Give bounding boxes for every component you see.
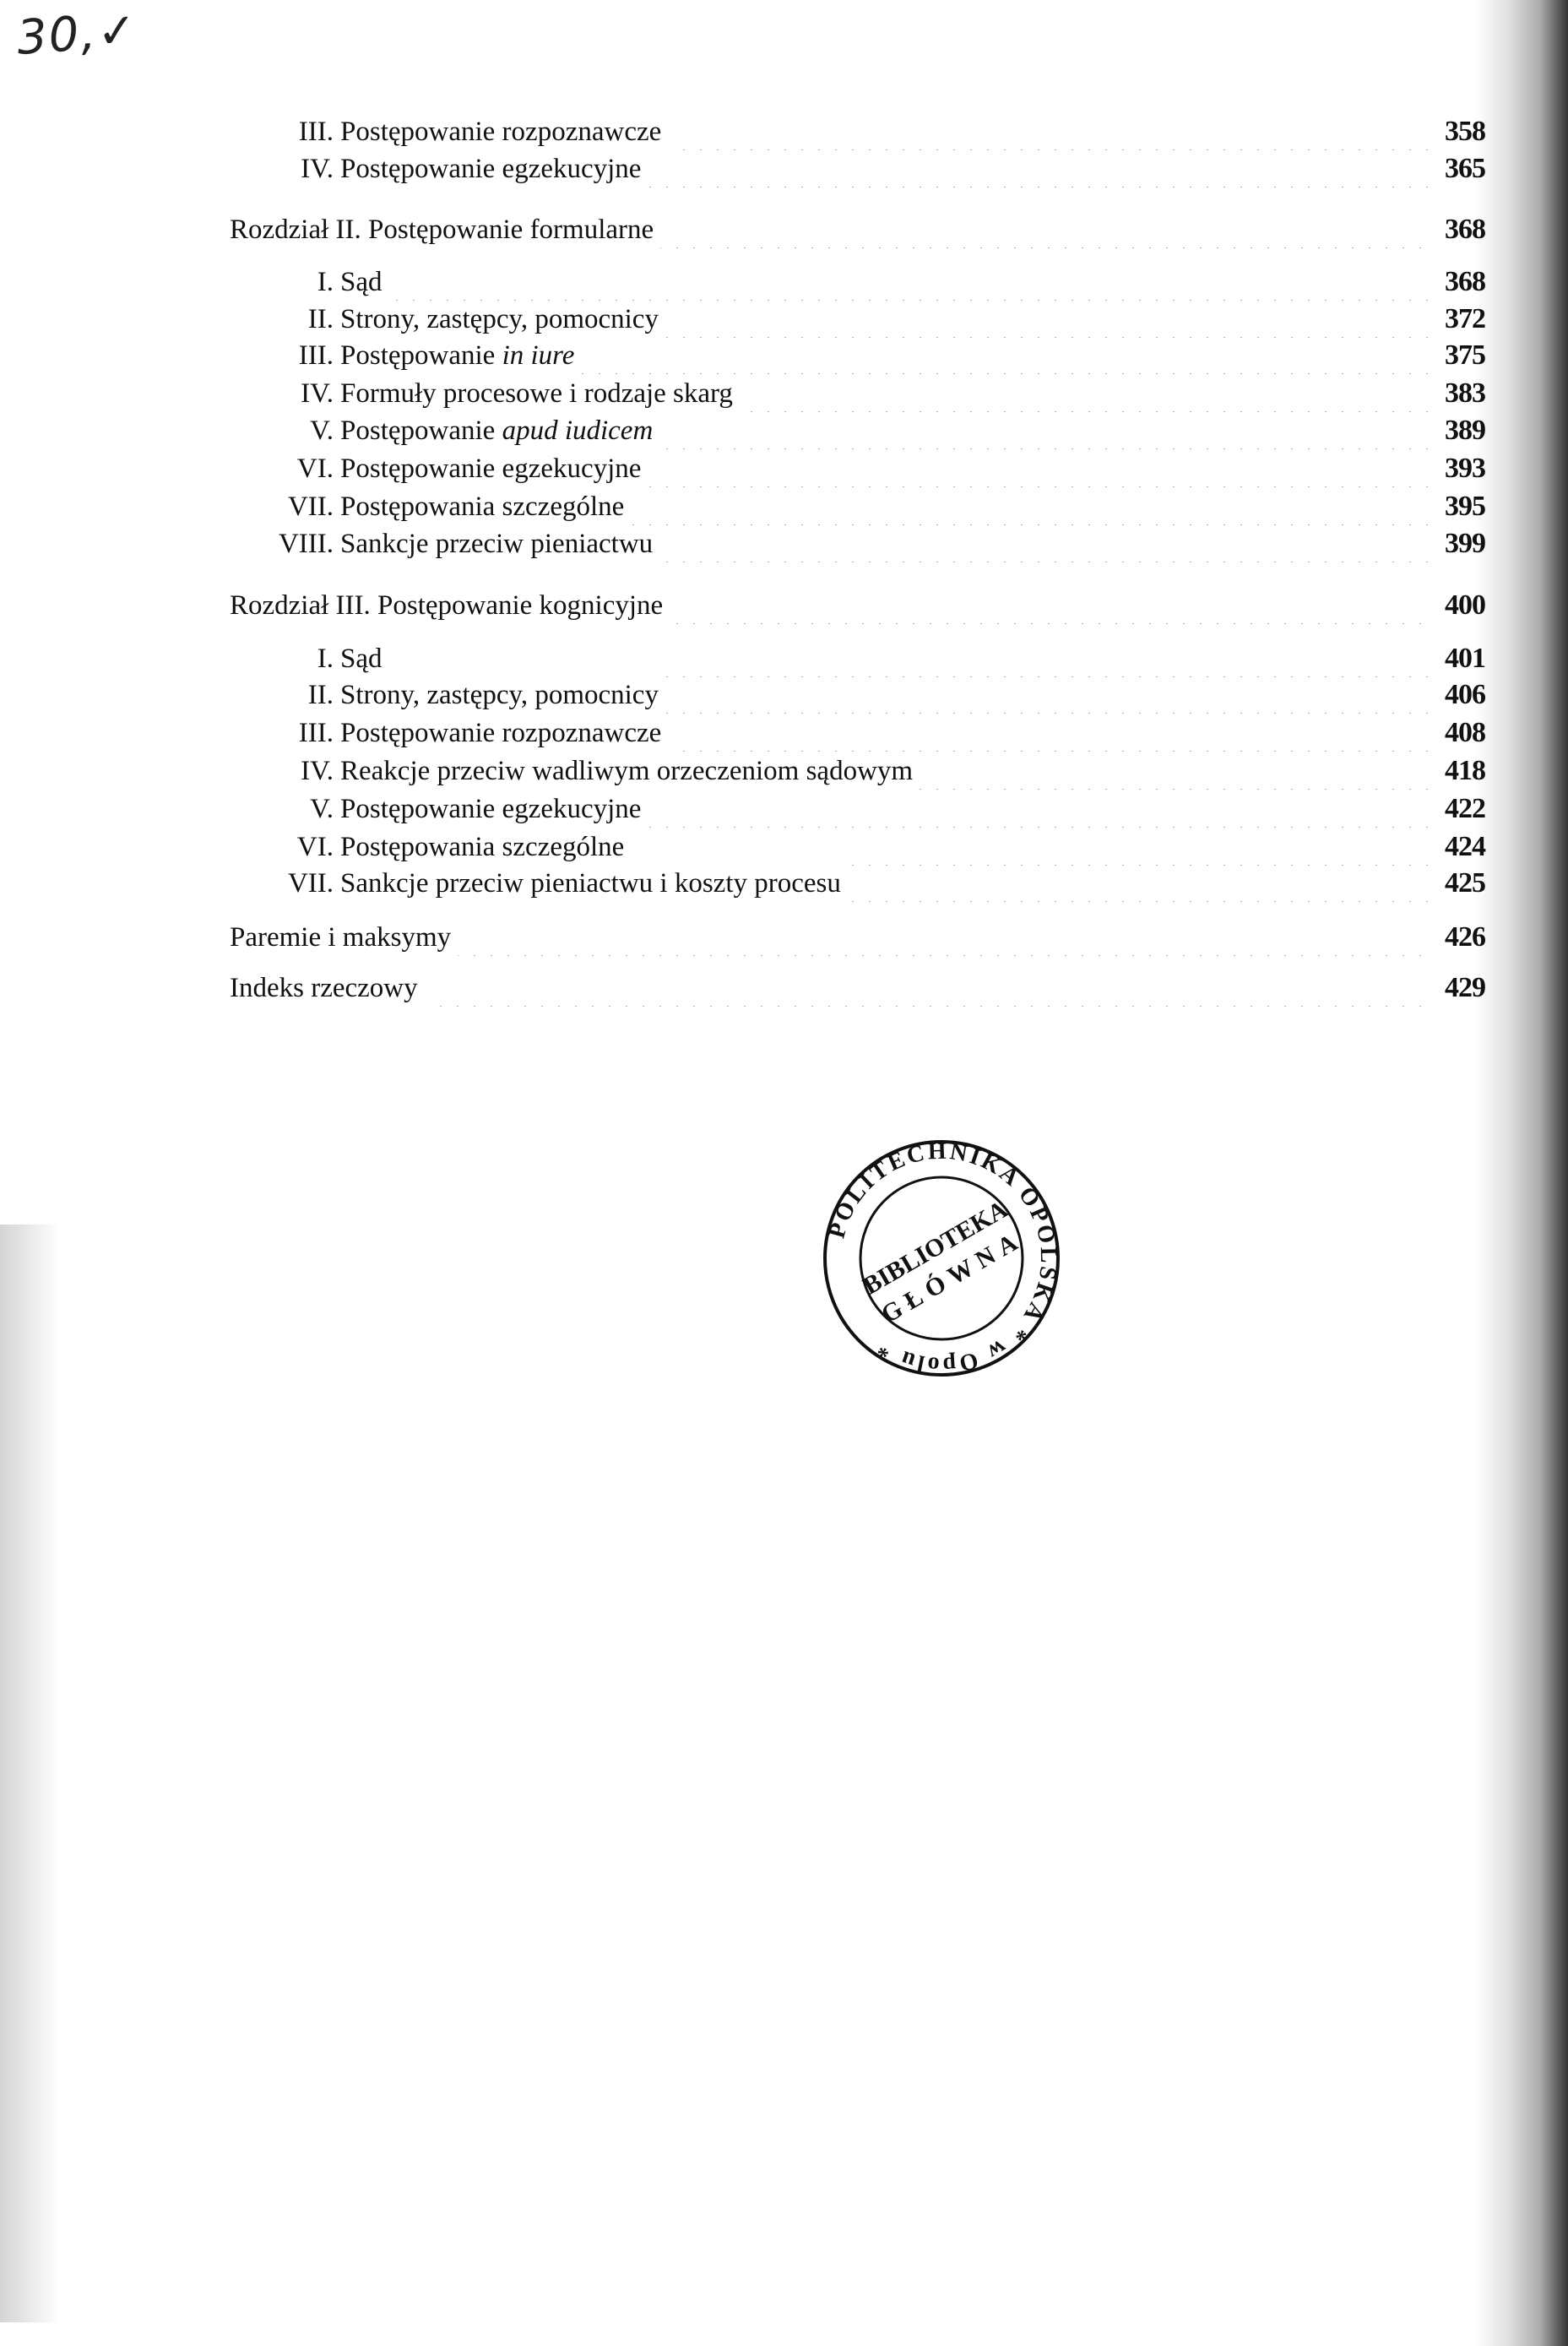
section-numeral: I.: [232, 263, 334, 301]
section-numeral: VII.: [232, 488, 334, 525]
entry-title: Strony, zastępcy, pomocnicy: [340, 676, 665, 714]
section-numeral: V.: [232, 412, 334, 449]
entry-title-text: Rozdział II. Postępowanie formularne: [230, 215, 654, 245]
entry-title-text: Sankcje przeciw pieniactwu i koszty proc…: [340, 868, 841, 899]
section-numeral: III.: [232, 714, 334, 752]
page-number: 368: [1433, 211, 1485, 248]
section-numeral: II.: [232, 676, 334, 714]
entry-title: Postępowanie rozpoznawcze: [340, 113, 668, 150]
section-numeral: IV.: [232, 375, 334, 412]
page-number: 426: [1433, 919, 1485, 956]
page-number: 399: [1433, 525, 1485, 562]
entry-title-text: Postępowania szczególne: [340, 491, 624, 522]
page-number: 418: [1433, 752, 1485, 790]
entry-title-text: Paremie i maksymy: [230, 922, 451, 953]
section-numeral: V.: [232, 790, 334, 828]
section-numeral: III.: [232, 337, 334, 374]
entry-title-text: Postępowanie egzekucyjne: [340, 154, 641, 184]
entry-title: Paremie i maksymy: [230, 919, 458, 956]
entry-title-text: Postępowanie rozpoznawcze: [340, 718, 661, 748]
section-numeral: VI.: [232, 450, 334, 487]
page-number: 400: [1433, 587, 1485, 624]
scan-shadow: [0, 1225, 59, 2322]
entry-title-text: Postępowanie egzekucyjne: [340, 794, 641, 824]
section-numeral: VI.: [232, 828, 334, 866]
entry-title: Formuły procesowe i rodzaje skarg: [340, 375, 740, 412]
page-number: 424: [1433, 828, 1485, 866]
entry-title: Postępowania szczególne: [340, 488, 631, 525]
section-numeral: I.: [232, 640, 334, 677]
page-number: 395: [1433, 488, 1485, 525]
page-number: 389: [1433, 412, 1485, 449]
handwritten-note: 30,✓: [15, 3, 140, 66]
entry-title: Postępowanie egzekucyjne: [340, 790, 648, 828]
page-number: 393: [1433, 450, 1485, 487]
page-number: 365: [1433, 150, 1485, 187]
entry-title: Postępowanie apud iudicem: [340, 412, 659, 449]
section-numeral: IV.: [232, 150, 334, 187]
entry-title-text: Strony, zastępcy, pomocnicy: [340, 680, 659, 710]
entry-title-text: Postępowania szczególne: [340, 832, 624, 862]
entry-title: Sąd: [340, 263, 389, 301]
entry-title: Strony, zastępcy, pomocnicy: [340, 301, 665, 338]
section-numeral: II.: [232, 301, 334, 338]
entry-title: Postępowanie in iure: [340, 337, 581, 374]
entry-title-text: Postępowanie: [340, 415, 502, 446]
entry-title-text: Sankcje przeciw pieniactwu: [340, 529, 653, 559]
entry-title-text: Postępowanie egzekucyjne: [340, 453, 641, 484]
entry-title: Rozdział II. Postępowanie formularne: [230, 211, 660, 248]
entry-title: Sąd: [340, 640, 389, 677]
entry-title: Indeks rzeczowy: [230, 969, 425, 1007]
entry-title: Postępowanie rozpoznawcze: [340, 714, 668, 752]
page-number: 429: [1433, 969, 1485, 1007]
entry-title: Reakcje przeciw wadliwym orzeczeniom sąd…: [340, 752, 920, 790]
page-number: 401: [1433, 640, 1485, 677]
entry-title-text: Postępowanie: [340, 340, 502, 371]
entry-title: Sankcje przeciw pieniactwu i koszty proc…: [340, 865, 848, 902]
section-numeral: III.: [232, 113, 334, 150]
page-number: 422: [1433, 790, 1485, 828]
entry-title: Rozdział III. Postępowanie kognicyjne: [230, 587, 670, 624]
entry-title-text: Sąd: [340, 267, 383, 297]
dot-leader: [338, 640, 1431, 677]
library-stamp: POLITECHNIKA OPOLSKA * w Opolu * BIBLIOT…: [819, 1136, 1064, 1381]
dot-leader: [338, 263, 1431, 301]
entry-title-text: Strony, zastępcy, pomocnicy: [340, 304, 659, 334]
entry-title: Postępowania szczególne: [340, 828, 631, 866]
entry-title-text: Rozdział III. Postępowanie kognicyjne: [230, 590, 663, 621]
page-number: 375: [1433, 337, 1485, 374]
page-number: 406: [1433, 676, 1485, 714]
page-number: 425: [1433, 865, 1485, 902]
entry-title-latin: apud iudicem: [502, 415, 654, 446]
entry-title: Postępowanie egzekucyjne: [340, 450, 648, 487]
page-number: 372: [1433, 301, 1485, 338]
entry-title-text: Sąd: [340, 644, 383, 674]
section-numeral: VII.: [232, 865, 334, 902]
page-number: 358: [1433, 113, 1485, 150]
section-numeral: VIII.: [232, 525, 334, 562]
entry-title: Postępowanie egzekucyjne: [340, 150, 648, 187]
entry-title-text: Formuły procesowe i rodzaje skarg: [340, 378, 733, 409]
entry-title: Sankcje przeciw pieniactwu: [340, 525, 659, 562]
page-number: 408: [1433, 714, 1485, 752]
entry-title-latin: in iure: [502, 340, 575, 371]
section-numeral: IV.: [232, 752, 334, 790]
page-number: 368: [1433, 263, 1485, 301]
entry-title-text: Postępowanie rozpoznawcze: [340, 117, 661, 147]
entry-title-text: Reakcje przeciw wadliwym orzeczeniom sąd…: [340, 756, 913, 786]
entry-title-text: Indeks rzeczowy: [230, 973, 418, 1003]
page-number: 383: [1433, 375, 1485, 412]
book-spine-shadow: [1475, 0, 1568, 2346]
